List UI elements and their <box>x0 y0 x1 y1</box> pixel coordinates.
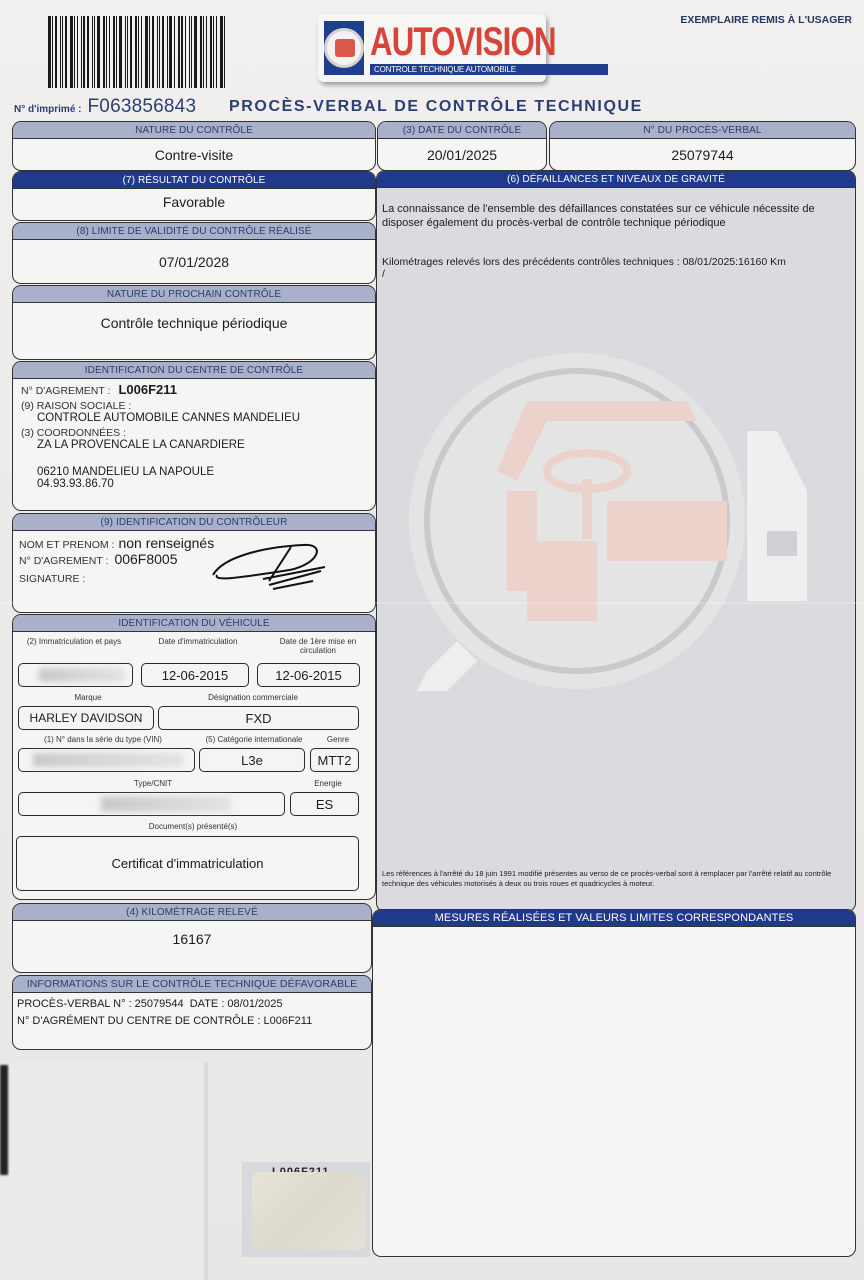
control-date-label: (3) DATE DU CONTRÔLE <box>378 122 546 139</box>
brand-tagline: CONTROLE TECHNIQUE AUTOMOBILE <box>370 64 608 75</box>
reg-date-field: 12-06-2015 <box>141 663 249 687</box>
print-number: N° d'imprimé : F063856843 <box>14 96 196 118</box>
energy-field: ES <box>290 792 359 816</box>
unfavorable-info-box: INFORMATIONS SUR LE CONTRÔLE TECHNIQUE D… <box>12 975 372 1050</box>
center-agreement-value: L006F211 <box>118 382 177 397</box>
inspector-box: (9) IDENTIFICATION DU CONTRÔLEUR NOM ET … <box>12 513 376 613</box>
category-field: L3e <box>199 748 305 772</box>
sticker-frame: L006F211 <box>242 1162 370 1257</box>
inspector-name-value: non renseignés <box>118 535 214 551</box>
next-control-value: Contrôle technique périodique <box>13 303 375 331</box>
pv-number-box: N° DU PROCÈS-VERBAL 25079744 <box>549 121 856 171</box>
center-phone: 04.93.93.86.70 <box>37 478 375 490</box>
redacted-type <box>101 796 231 812</box>
page-title: PROCÈS-VERBAL DE CONTRÔLE TECHNIQUE <box>229 98 643 116</box>
vin-label: (1) N° dans la série du type (VIN) <box>33 735 173 744</box>
measures-label: MESURES RÉALISÉES ET VALEURS LIMITES COR… <box>373 910 855 927</box>
address-line2: 06210 MANDELIEU LA NAPOULE <box>37 466 375 478</box>
mileage-box: (4) KILOMÉTRAGE RELEVÉ 16167 <box>12 903 372 973</box>
registration-label: (2) Immatriculation et pays <box>19 637 129 646</box>
measures-box: MESURES RÉALISÉES ET VALEURS LIMITES COR… <box>372 909 856 1257</box>
model-label: Désignation commerciale <box>173 693 333 702</box>
reg-date-label: Date d'immatriculation <box>143 637 253 646</box>
vehicle-label: IDENTIFICATION DU VÉHICULE <box>13 615 375 632</box>
unfavorable-info-label: INFORMATIONS SUR LE CONTRÔLE TECHNIQUE D… <box>13 976 371 993</box>
genre-label: Genre <box>313 735 363 744</box>
redacted-vin <box>33 753 183 767</box>
control-nature-value: Contre-visite <box>13 139 375 163</box>
autovision-logo-icon <box>324 21 364 75</box>
result-value: Favorable <box>13 189 375 210</box>
vehicle-box: IDENTIFICATION DU VÉHICULE (2) Immatricu… <box>12 614 376 900</box>
make-field: HARLEY DAVIDSON <box>18 706 154 730</box>
inspector-label: (9) IDENTIFICATION DU CONTRÔLEUR <box>13 514 375 531</box>
control-date-value: 20/01/2025 <box>378 139 546 163</box>
contact-label: (3) COORDONNÉES : <box>21 427 375 439</box>
defects-label: (6) DÉFAILLANCES ET NIVEAUX DE GRAVITÉ <box>377 171 855 188</box>
signature-icon <box>203 537 333 597</box>
print-number-label: N° d'imprimé : <box>14 104 82 115</box>
inspector-agreement-label: N° D'AGREMENT : <box>19 555 108 567</box>
detached-coupon-area <box>0 1062 208 1280</box>
validity-value: 07/01/2028 <box>13 240 375 270</box>
next-control-box: NATURE DU PROCHAIN CONTRÔLE Contrôle tec… <box>12 285 376 360</box>
brand-name: AUTOVISION <box>370 22 556 62</box>
mileage-history-suffix: / <box>377 268 855 280</box>
copy-note: EXEMPLAIRE REMIS À L'USAGER <box>680 14 852 26</box>
magnifier-car-watermark-icon <box>397 351 856 741</box>
first-circ-label: Date de 1ère mise en circulation <box>263 637 373 655</box>
company-value: CONTROLE AUTOMOBILE CANNES MANDELIEU <box>37 412 375 424</box>
unfavorable-pv-line: PROCÈS-VERBAL N° : 25079544 DATE : 08/01… <box>17 996 371 1013</box>
inspection-report-page: AUTOVISION CONTROLE TECHNIQUE AUTOMOBILE… <box>0 0 864 1280</box>
type-label: Type/CNIT <box>123 779 183 788</box>
mileage-history: Kilométrages relevés lors des précédents… <box>377 230 855 268</box>
control-center-box: IDENTIFICATION DU CENTRE DE CONTRÔLE N° … <box>12 361 376 511</box>
documents-field: Certificat d'immatriculation <box>16 836 359 891</box>
genre-field: MTT2 <box>310 748 359 772</box>
redacted-registration <box>39 668 124 682</box>
result-box: (7) RÉSULTAT DU CONTRÔLE Favorable <box>12 171 376 221</box>
center-agreement-label: N° D'AGREMENT : <box>21 385 110 397</box>
vin-field <box>18 748 195 772</box>
barcode-icon <box>48 16 240 88</box>
result-label: (7) RÉSULTAT DU CONTRÔLE <box>13 172 375 189</box>
validity-box: (8) LIMITE DE VALIDITÉ DU CONTRÔLE RÉALI… <box>12 222 376 284</box>
edge-shadow <box>0 1065 8 1175</box>
inspector-name-label: NOM ET PRENOM : <box>19 539 114 551</box>
mileage-value: 16167 <box>13 921 371 947</box>
print-number-value: F063856843 <box>88 96 197 118</box>
validity-label: (8) LIMITE DE VALIDITÉ DU CONTRÔLE RÉALI… <box>13 223 375 240</box>
defects-note: La connaissance de l'ensemble des défail… <box>377 188 855 230</box>
hologram-sticker-icon <box>252 1172 366 1250</box>
energy-label: Energie <box>303 779 353 788</box>
autovision-logo: AUTOVISION CONTROLE TECHNIQUE AUTOMOBILE <box>318 14 546 82</box>
control-nature-box: NATURE DU CONTRÔLE Contre-visite <box>12 121 376 171</box>
inspector-agreement-value: 006F8005 <box>114 551 177 567</box>
address-line1: ZA LA PROVENCALE LA CANARDIERE <box>37 439 375 451</box>
company-label: (9) RAISON SOCIALE : <box>21 400 375 412</box>
control-nature-label: NATURE DU CONTRÔLE <box>13 122 375 139</box>
mileage-label: (4) KILOMÉTRAGE RELEVÉ <box>13 904 371 921</box>
make-label: Marque <box>53 693 123 702</box>
category-label: (5) Catégorie internationale <box>199 735 309 744</box>
registration-field <box>18 663 133 687</box>
control-center-label: IDENTIFICATION DU CENTRE DE CONTRÔLE <box>13 362 375 379</box>
type-field <box>18 792 285 816</box>
documents-label: Document(s) présenté(s) <box>123 822 263 831</box>
next-control-label: NATURE DU PROCHAIN CONTRÔLE <box>13 286 375 303</box>
control-date-box: (3) DATE DU CONTRÔLE 20/01/2025 <box>377 121 547 171</box>
fold-line <box>0 602 864 604</box>
pv-number-value: 25079744 <box>550 139 855 163</box>
defects-box: (6) DÉFAILLANCES ET NIVEAUX DE GRAVITÉ L… <box>376 170 856 912</box>
reference-note: Les références à l'arrêté du 18 juin 199… <box>382 869 852 889</box>
unfavorable-center-line: N° D'AGRÉMENT DU CENTRE DE CONTRÔLE : L0… <box>17 1013 371 1030</box>
first-circ-field: 12-06-2015 <box>257 663 360 687</box>
pv-number-label: N° DU PROCÈS-VERBAL <box>550 122 855 139</box>
model-field: FXD <box>158 706 359 730</box>
